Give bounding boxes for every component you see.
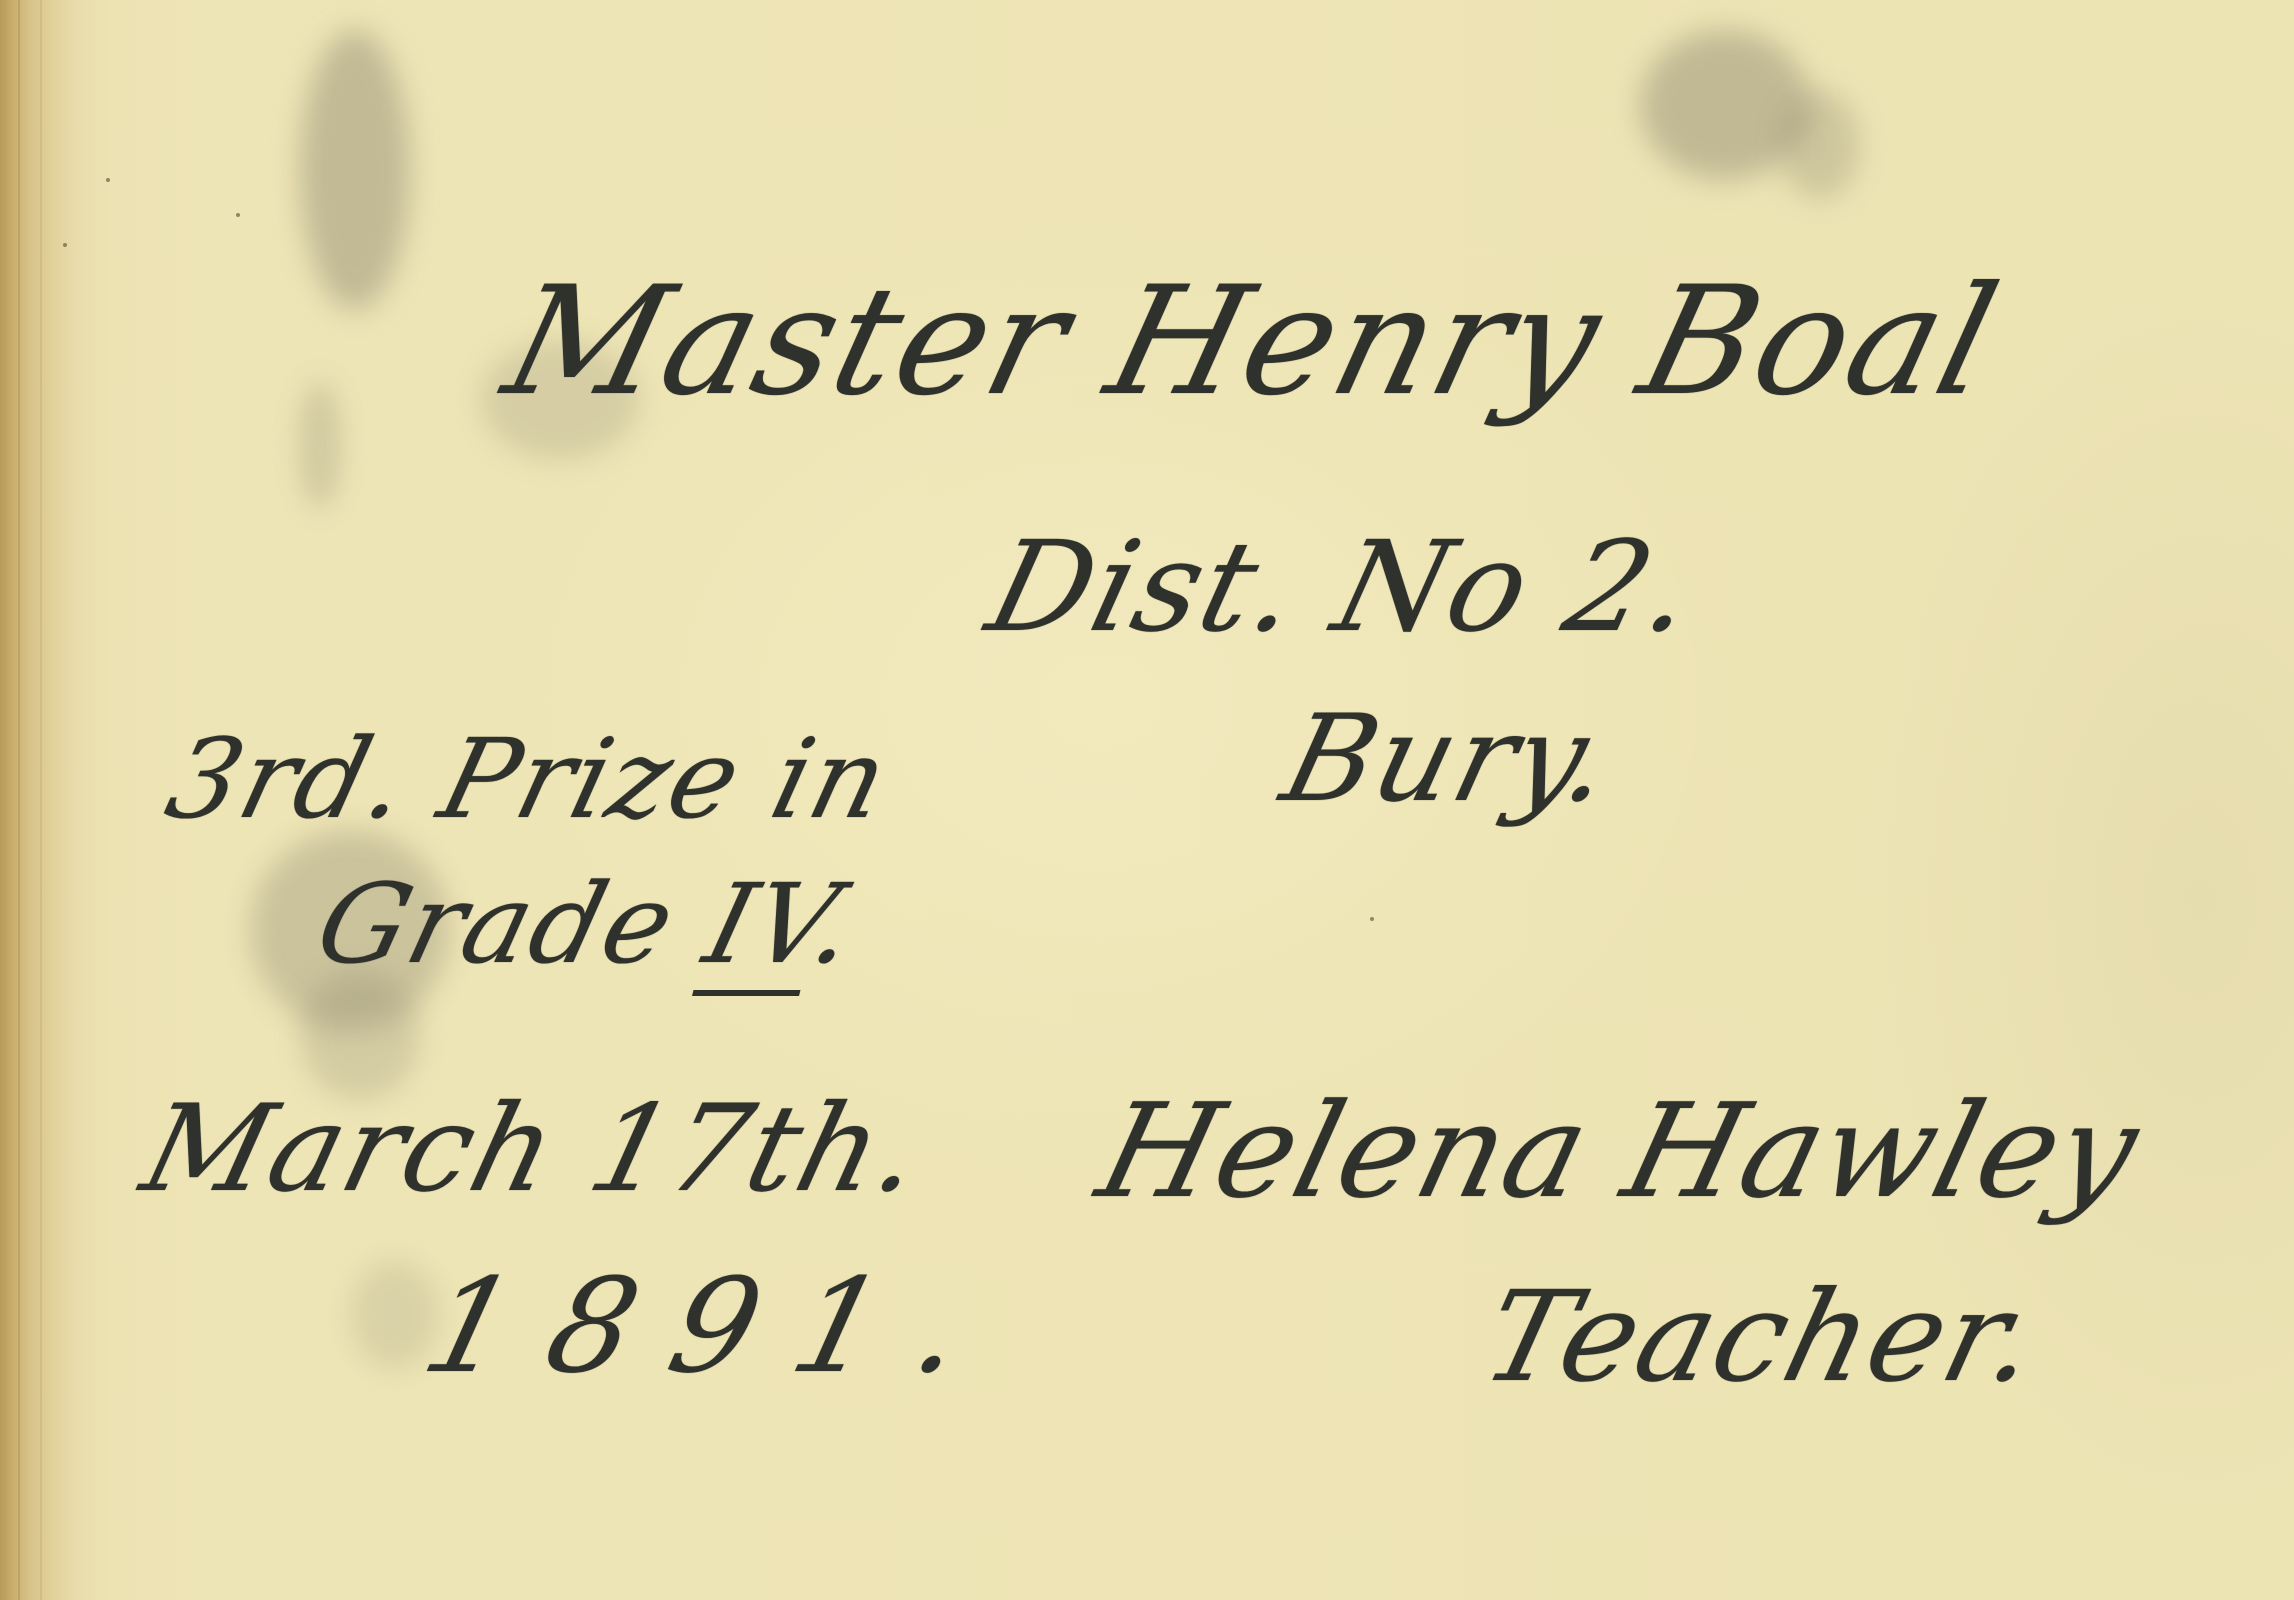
paper-speck (1370, 917, 1374, 921)
grade-label: Grade (305, 860, 725, 988)
award-prize: 3rd. Prize in (155, 715, 902, 843)
paper-speck (106, 178, 110, 182)
ink-stain (300, 380, 340, 510)
recipient-name: Master Henry Boal (490, 255, 2014, 429)
signature-name: Helena Hawley (1085, 1075, 2154, 1227)
recipient-district: Dist. No 2. (975, 515, 1711, 660)
date-year: 1891. (410, 1250, 1020, 1402)
binding-edge (18, 0, 20, 1600)
recipient-town: Bury. (1270, 690, 1628, 829)
ink-stain (300, 30, 410, 310)
ink-stain (1780, 90, 1860, 200)
binding-edge (40, 0, 42, 1600)
signature-title: Teacher. (1470, 1265, 2055, 1410)
paper-speck (236, 213, 240, 217)
date-day: March 17th. (130, 1080, 937, 1219)
book-page: Master Henry Boal Dist. No 2. Bury. 3rd.… (0, 0, 2294, 1600)
paper-speck (63, 243, 67, 247)
award-grade: Grade IV. (305, 860, 870, 988)
